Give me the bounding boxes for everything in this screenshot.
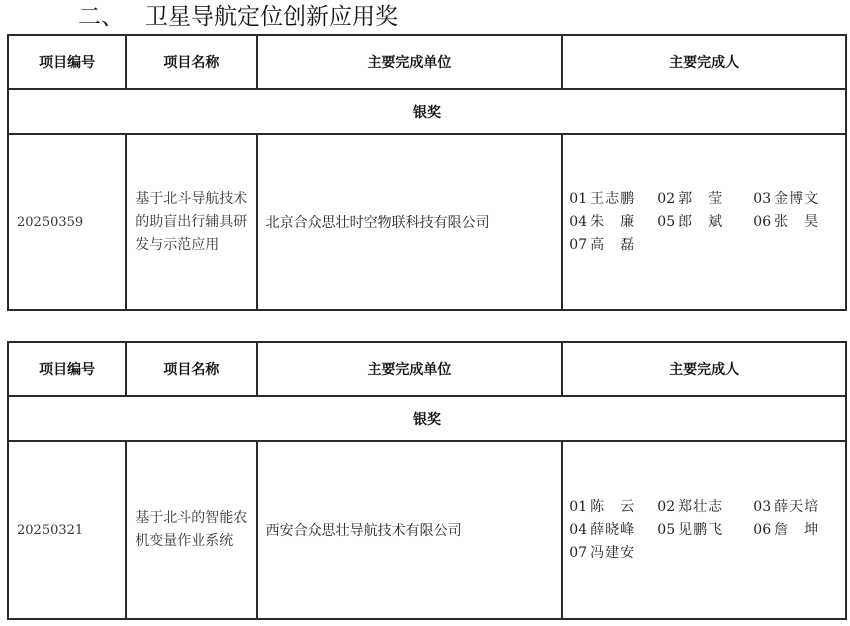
person-item: 05郎斌 [657,212,753,232]
person-name: 王志鹏 [590,189,634,209]
main-unit: 西安合众思壮导航技术有限公司 [257,441,563,619]
header-main-unit: 主要完成单位 [257,342,563,396]
main-people: 01陈云 02郑壮志 03薛天培 04薛晓峰 05见鹏飞 06詹坤 07冯建安 [562,441,846,619]
table-header-row: 项目编号 项目名称 主要完成单位 主要完成人 [8,342,846,396]
person-number: 01 [569,499,587,515]
person-number: 03 [753,499,771,515]
person-name: 詹坤 [774,520,818,540]
person-name: 张昊 [774,212,818,232]
person-item: 07冯建安 [569,543,657,563]
header-main-people: 主要完成人 [562,35,846,89]
person-name: 郭莹 [678,189,722,209]
award-table: 项目编号 项目名称 主要完成单位 主要完成人 银奖 20250321 基于北斗的… [7,341,847,620]
header-main-people: 主要完成人 [562,342,846,396]
main-unit: 北京合众思壮时空物联科技有限公司 [257,134,563,310]
person-number: 07 [569,237,587,253]
people-list: 01王志鹏 02郭莹 03金博文 04朱廉 05郎斌 06张昊 07高磊 [569,189,839,255]
award-grade-row: 银奖 [8,89,846,134]
person-item: 06詹坤 [753,520,833,540]
person-number: 02 [657,499,675,515]
table-row: 20250321 基于北斗的智能农机变量作业系统 西安合众思壮导航技术有限公司 … [8,441,846,619]
award-grade: 银奖 [8,396,846,441]
person-name: 冯建安 [590,543,634,563]
person-item: 05见鹏飞 [657,520,753,540]
section-number: 二、 [78,0,145,34]
person-name: 薛晓峰 [590,520,634,540]
table-row: 20250359 基于北斗导航技术的助盲出行辅具研发与示范应用 北京合众思壮时空… [8,134,846,310]
person-item: 02郑壮志 [657,497,753,517]
person-item: 03金博文 [753,189,833,209]
person-number: 03 [753,191,771,207]
person-item: 02郭莹 [657,189,753,209]
header-project-name: 项目名称 [126,342,256,396]
person-name: 陈云 [590,497,634,517]
section-title-text: 卫星导航定位创新应用奖 [145,4,398,30]
people-list: 01陈云 02郑壮志 03薛天培 04薛晓峰 05见鹏飞 06詹坤 07冯建安 [569,497,839,563]
person-number: 06 [753,214,771,230]
person-item: 06张昊 [753,212,833,232]
person-item: 07高磊 [569,235,657,255]
project-name: 基于北斗的智能农机变量作业系统 [126,441,256,619]
person-number: 04 [569,522,587,538]
person-number: 05 [657,214,675,230]
project-id: 20250321 [8,441,126,619]
person-name: 郑壮志 [678,497,722,517]
person-item: 01陈云 [569,497,657,517]
project-name: 基于北斗导航技术的助盲出行辅具研发与示范应用 [126,134,256,310]
section-title: 二、卫星导航定位创新应用奖 [78,0,398,34]
person-name: 见鹏飞 [678,520,722,540]
main-people: 01王志鹏 02郭莹 03金博文 04朱廉 05郎斌 06张昊 07高磊 [562,134,846,310]
person-item: 01王志鹏 [569,189,657,209]
table-header-row: 项目编号 项目名称 主要完成单位 主要完成人 [8,35,846,89]
header-project-id: 项目编号 [8,342,126,396]
person-item: 03薛天培 [753,497,833,517]
person-number: 02 [657,191,675,207]
person-name: 郎斌 [678,212,722,232]
person-item: 04薛晓峰 [569,520,657,540]
award-table: 项目编号 项目名称 主要完成单位 主要完成人 银奖 20250359 基于北斗导… [7,34,847,311]
person-name: 朱廉 [590,212,634,232]
person-name: 高磊 [590,235,634,255]
person-name: 薛天培 [774,497,818,517]
header-project-name: 项目名称 [126,35,256,89]
header-main-unit: 主要完成单位 [257,35,563,89]
header-project-id: 项目编号 [8,35,126,89]
project-id: 20250359 [8,134,126,310]
person-number: 07 [569,545,587,561]
person-number: 04 [569,214,587,230]
award-grade: 银奖 [8,89,846,134]
person-number: 06 [753,522,771,538]
person-item: 04朱廉 [569,212,657,232]
person-name: 金博文 [774,189,818,209]
award-grade-row: 银奖 [8,396,846,441]
person-number: 01 [569,191,587,207]
person-number: 05 [657,522,675,538]
